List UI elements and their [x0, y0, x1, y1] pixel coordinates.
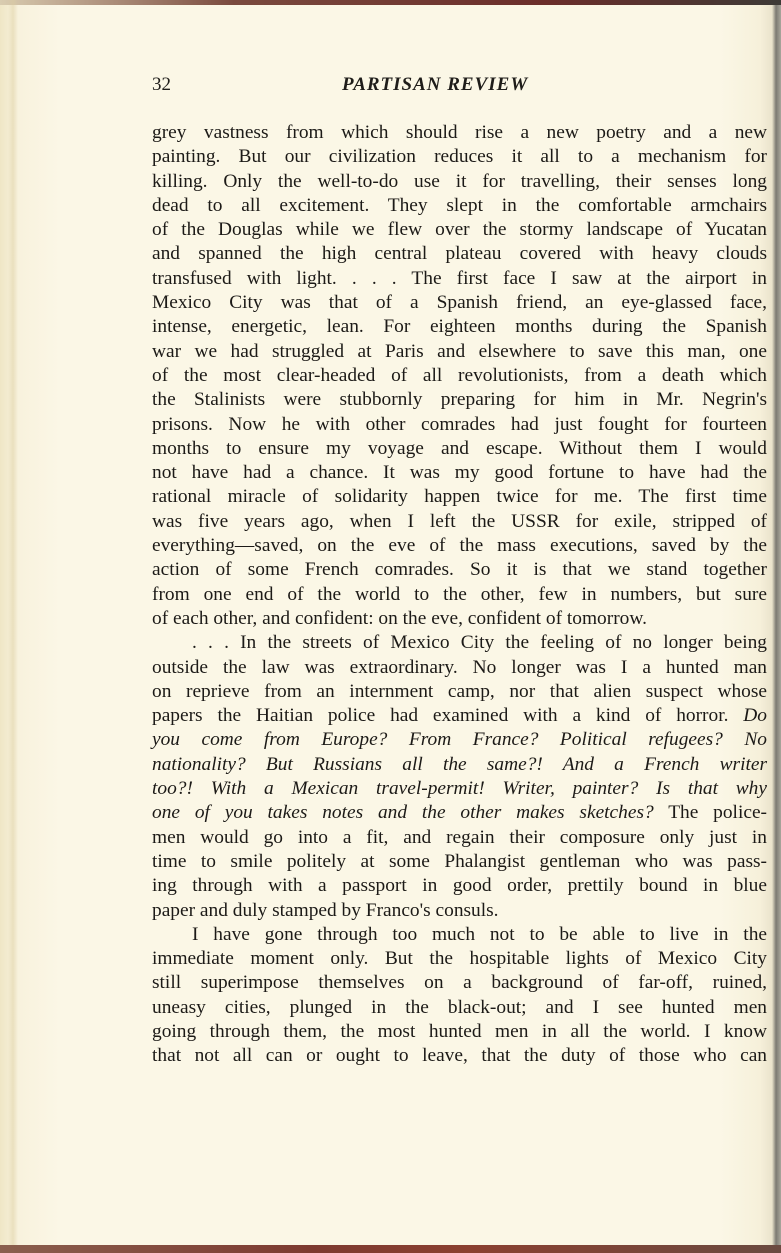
paragraph-start-line: I have gone through too much not to be a… — [152, 923, 767, 947]
text-line: everything—saved, on the eve of the mass… — [152, 534, 767, 558]
binding-shadow — [8, 0, 18, 1253]
italic-line: nationality? But Russians all the same?!… — [152, 753, 767, 777]
text-line: ing through with a passport in good orde… — [152, 874, 767, 898]
text-line: intense, energetic, lean. For eighteen m… — [152, 315, 767, 339]
text-line-mixed: papers the Haitian police had examined w… — [152, 704, 767, 728]
text-line: grey vastness from which should rise a n… — [152, 121, 767, 145]
text-line: time to smile politely at some Phalangis… — [152, 850, 767, 874]
italic-segment: one of you takes notes and the other mak… — [152, 802, 654, 823]
text-line: on reprieve from an internment camp, nor… — [152, 680, 767, 704]
text-line: painting. But our civilization reduces i… — [152, 145, 767, 169]
text-line: still superimpose themselves on a backgr… — [152, 971, 767, 995]
text-line: Mexico City was that of a Spanish friend… — [152, 291, 767, 315]
text-line: of the Douglas while we flew over the st… — [152, 218, 767, 242]
text-line: prisons. Now he with other comrades had … — [152, 413, 767, 437]
book-page: 32 PARTISAN REVIEW grey vastness from wh… — [0, 0, 781, 1253]
text-line: rational miracle of solidarity happen tw… — [152, 485, 767, 509]
text-line: that not all can or ought to leave, that… — [152, 1044, 767, 1068]
text-line: of the most clear-headed of all revoluti… — [152, 364, 767, 388]
body-text: grey vastness from which should rise a n… — [152, 121, 767, 1069]
italic-line: too?! With a Mexican travel-permit! Writ… — [152, 777, 767, 801]
text-line: was five years ago, when I left the USSR… — [152, 510, 767, 534]
page-bottom-edge — [0, 1245, 781, 1253]
text-line: and spanned the high central plateau cov… — [152, 242, 767, 266]
page-top-edge — [0, 0, 781, 5]
text-line: killing. Only the well-to-do use it for … — [152, 170, 767, 194]
italic-line: you come from Europe? From France? Polit… — [152, 728, 767, 752]
paragraph-start-line: . . . In the streets of Mexico City the … — [152, 631, 767, 655]
text-line: dead to all excitement. They slept in th… — [152, 194, 767, 218]
running-head: 32 PARTISAN REVIEW — [152, 74, 767, 98]
text-line: from one end of the world to the other, … — [152, 583, 767, 607]
paragraph-end-line: of each other, and confident: on the eve… — [152, 607, 767, 631]
italic-segment: Do — [743, 705, 767, 726]
text-line-mixed: one of you takes notes and the other mak… — [152, 801, 767, 825]
text-segment: The police- — [668, 802, 767, 823]
text-line: men would go into a fit, and regain thei… — [152, 826, 767, 850]
text-line: the Stalinists were stubbornly preparing… — [152, 388, 767, 412]
text-line: going through them, the most hunted men … — [152, 1020, 767, 1044]
text-line: uneasy cities, plunged in the black-out;… — [152, 996, 767, 1020]
text-segment: papers the Haitian police had examined w… — [152, 705, 728, 726]
text-line: months to ensure my voyage and escape. W… — [152, 437, 767, 461]
paragraph-end-line: paper and duly stamped by Franco's consu… — [152, 899, 767, 923]
text-line: not have had a chance. It was my good fo… — [152, 461, 767, 485]
page-number: 32 — [152, 74, 171, 96]
text-line: action of some French comrades. So it is… — [152, 558, 767, 582]
text-line: outside the law was extraordinary. No lo… — [152, 656, 767, 680]
text-line: war we had struggled at Paris and elsewh… — [152, 340, 767, 364]
text-line: transfused with light. . . . The first f… — [152, 267, 767, 291]
journal-title: PARTISAN REVIEW — [342, 74, 528, 96]
text-line: immediate moment only. But the hospitabl… — [152, 947, 767, 971]
